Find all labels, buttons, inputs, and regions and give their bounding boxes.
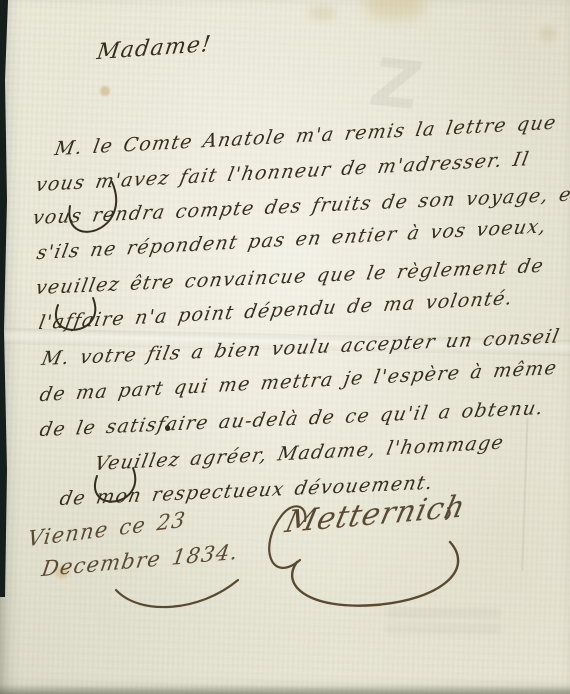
age-stain (364, 0, 426, 20)
age-stain (540, 26, 556, 42)
letter-photograph: Z Madame! M. le Comte Anatole m'a remis … (0, 0, 570, 694)
vertical-crease (521, 418, 528, 570)
letter-closing-line-1: Veuillez agréer, Madame, l'hommage (93, 431, 506, 475)
date-flourish (116, 580, 238, 607)
signature-flourish (292, 542, 458, 606)
bottom-edge-shadow (0, 685, 570, 694)
dateline-place: Vienne ce 23 (26, 507, 187, 551)
age-stain (100, 86, 110, 96)
stamp-showthrough (386, 608, 501, 642)
letter-paper: Z Madame! M. le Comte Anatole m'a remis … (0, 0, 570, 694)
letter-salutation: Madame! (95, 32, 213, 65)
age-stain (308, 6, 336, 20)
paper-watermark: Z (363, 44, 429, 124)
